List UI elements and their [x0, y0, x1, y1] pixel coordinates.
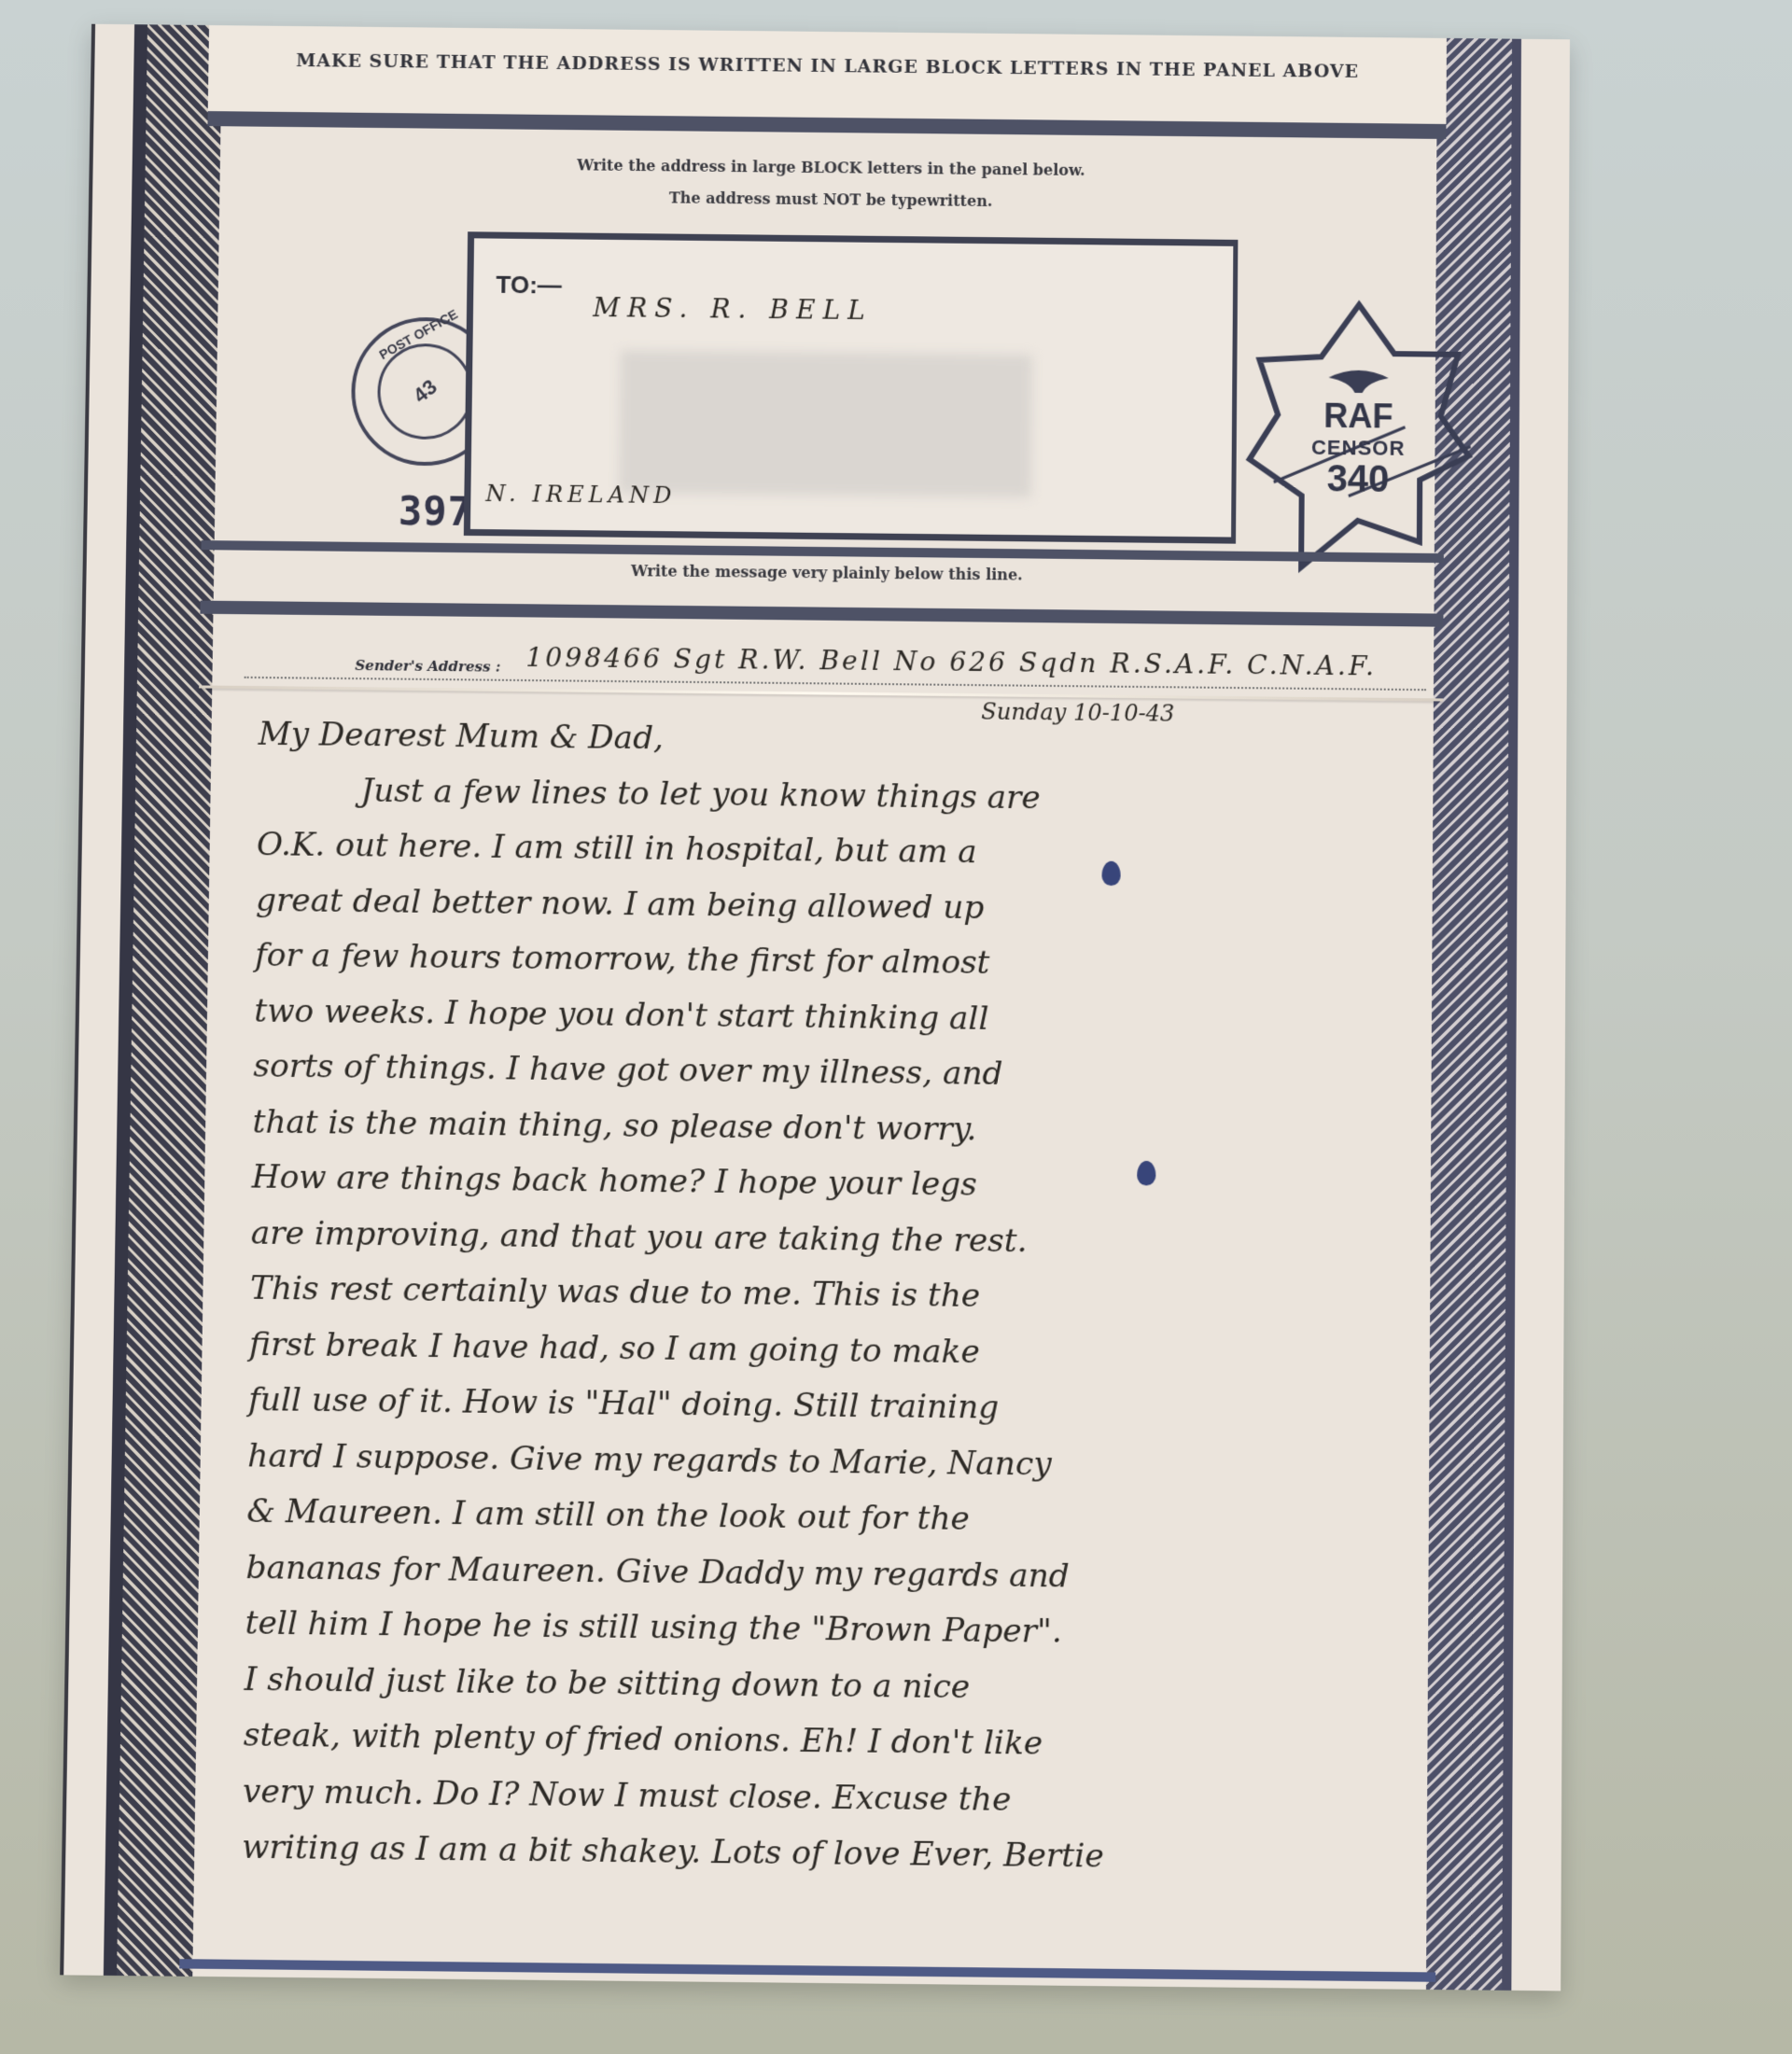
eagle-icon — [1328, 370, 1388, 393]
message-instruction: Write the message very plainly below thi… — [273, 558, 1379, 588]
ink-blot — [1137, 1161, 1155, 1186]
top-banner-text: MAKE SURE THAT THE ADDRESS IS WRITTEN IN… — [245, 49, 1408, 82]
left-hatched-border — [104, 24, 222, 1977]
sender-address-field: Sender's Address : 1098466 Sgt R.W. Bell… — [245, 633, 1427, 691]
ink-blot — [1101, 861, 1120, 887]
bottom-border-band — [179, 1959, 1435, 1982]
redacted-address — [619, 350, 1032, 497]
censor-raf-label: RAF — [1237, 396, 1480, 438]
addressee-name: MRS. R. BELL — [593, 292, 873, 326]
letter-date: Sunday 10-10-43 — [981, 684, 1175, 741]
to-label: TO:— — [496, 271, 562, 300]
sender-address-label: Sender's Address : — [355, 657, 500, 676]
top-banner: MAKE SURE THAT THE ADDRESS IS WRITTEN IN… — [208, 25, 1447, 124]
letter-line: writing as I am a bit shakey. Lots of lo… — [242, 1820, 1401, 1888]
address-panel: TO:— MRS. R. BELL N. IRELAND — [464, 231, 1239, 543]
airgraph-letter-sheet: MAKE SURE THAT THE ADDRESS IS WRITTEN IN… — [60, 24, 1570, 1991]
raf-censor-stamp: RAF CENSOR 340 — [1236, 294, 1481, 579]
letter-body: Sunday 10-10-43 My Dearest Mum & Dad, Ju… — [242, 682, 1407, 1888]
sender-address-value: 1098466 Sgt R.W. Bell No 626 Sqdn R.S.A.… — [525, 642, 1377, 682]
address-instruction-1: Write the address in large BLOCK letters… — [280, 153, 1382, 182]
address-instruction-2: The address must NOT be typewritten. — [279, 185, 1382, 214]
censor-number: 340 — [1236, 457, 1479, 502]
divider-band — [200, 601, 1443, 627]
address-region: N. IRELAND — [485, 481, 676, 509]
